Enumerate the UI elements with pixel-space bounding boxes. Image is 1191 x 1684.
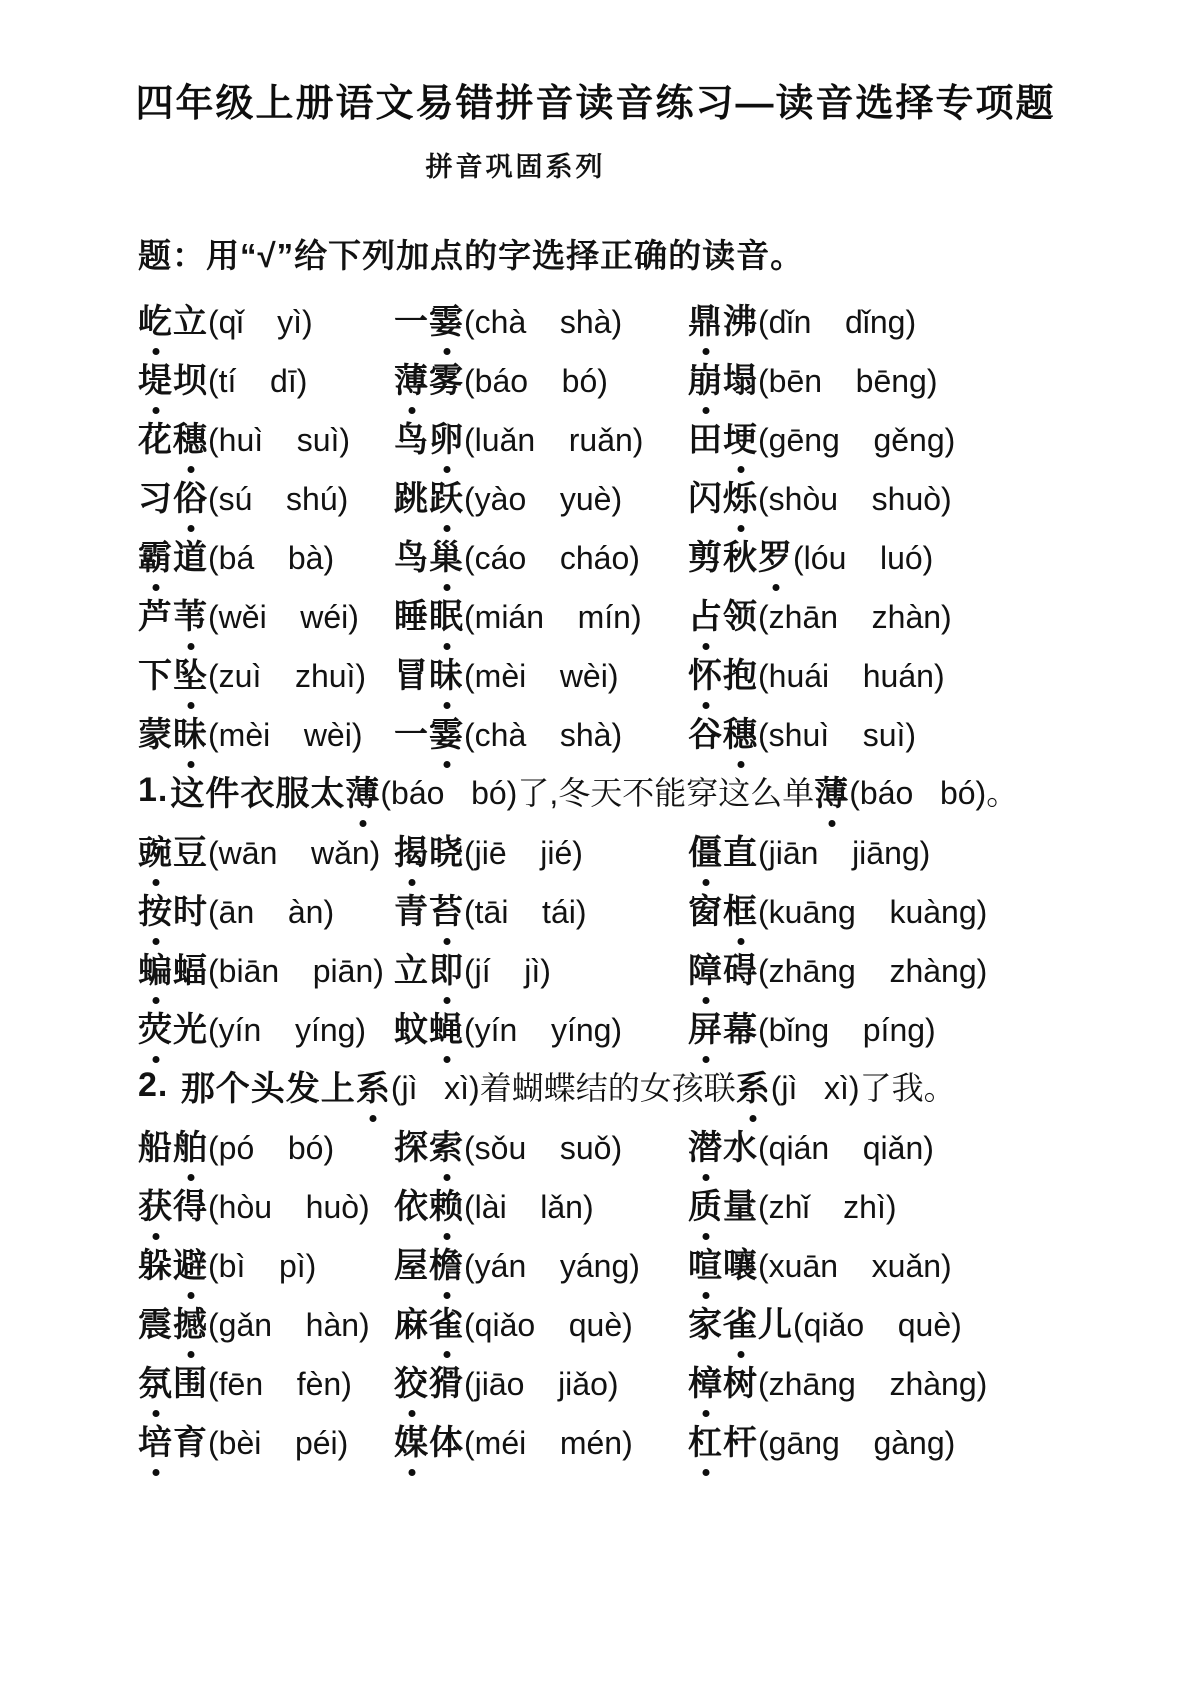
dotted-char: 狡 xyxy=(394,1356,429,1405)
word-item: 薄雾(báobó) xyxy=(394,353,688,402)
word-row: 堤坝(tídī)薄雾(báobó)崩塌(bēnbēng) xyxy=(0,348,1191,407)
word-row: 荧光(yínyíng)蚊蝇(yínyíng)屏幕(bǐngpíng) xyxy=(0,997,1191,1056)
sentence-number: 1. xyxy=(138,771,168,810)
word-hanzi: 田埂 xyxy=(688,421,758,459)
pinyin-option: zhāng xyxy=(769,1366,856,1402)
pinyin-option: wèi xyxy=(304,717,352,753)
word-hanzi: 氛围 xyxy=(138,1365,208,1403)
word-item: 睡眠(miánmín) xyxy=(394,589,688,638)
word-item: 豌豆(wānwǎn) xyxy=(138,825,394,874)
pinyin-option: tāi xyxy=(475,894,509,930)
pinyin-option: biān xyxy=(219,953,280,989)
char: 闪 xyxy=(688,471,723,520)
sentence-text: (jì xì)着蝴蝶结的女孩联 xyxy=(391,1063,736,1109)
word-hanzi: 占领 xyxy=(688,598,758,636)
word-item: 按时(ānàn) xyxy=(138,884,394,933)
dotted-char: 障 xyxy=(688,943,723,992)
dotted-char: 屏 xyxy=(688,1002,723,1051)
sentence-text: 那个头发上 xyxy=(170,1061,355,1110)
dotted-char: 苇 xyxy=(173,589,208,638)
pinyin-option: wān xyxy=(219,835,278,871)
dotted-char: 俗 xyxy=(173,471,208,520)
char: 碍 xyxy=(723,943,758,992)
dotted-char: 索 xyxy=(429,1120,464,1169)
sentence-row: 2. 那个头发上系(jì xì)着蝴蝶结的女孩联系(jì xì)了我。 xyxy=(0,1056,1191,1115)
sentence-number: 2. xyxy=(138,1066,168,1105)
dotted-char: 荧 xyxy=(138,1002,173,1051)
word-item: 鸟卵(luǎnruǎn) xyxy=(394,412,688,461)
dotted-char: 系 xyxy=(356,1061,391,1110)
word-item: 蚊蝇(yínyíng) xyxy=(394,1002,688,1051)
page-subtitle: 拼音巩固系列 xyxy=(0,145,1031,184)
pinyin-option: suì xyxy=(863,717,906,753)
pinyin-option: wěi xyxy=(219,599,267,635)
pinyin-options: (yínyíng) xyxy=(464,1012,622,1048)
pinyin-option: chà xyxy=(475,304,527,340)
word-hanzi: 习俗 xyxy=(138,480,208,518)
word-hanzi: 僵直 xyxy=(688,834,758,872)
char: 豆 xyxy=(173,825,208,874)
word-hanzi: 家雀儿 xyxy=(688,1306,793,1344)
word-hanzi: 荧光 xyxy=(138,1011,208,1049)
word-row: 豌豆(wānwǎn)揭晓(jiējié)僵直(jiānjiāng) xyxy=(0,820,1191,879)
pinyin-option: tí xyxy=(219,363,237,399)
pinyin-option: mián xyxy=(475,599,544,635)
word-item: 船舶(póbó) xyxy=(138,1120,394,1169)
word-item: 剪秋罗(lóuluó) xyxy=(688,530,1191,579)
pinyin-options: (jiāojiǎo) xyxy=(464,1366,619,1402)
dotted-char: 穗 xyxy=(173,412,208,461)
char: 塌 xyxy=(723,353,758,402)
word-row: 躲避(bìpì)屋檐(yányáng)喧嚷(xuānxuǎn) xyxy=(0,1233,1191,1292)
pinyin-option: lǎn xyxy=(540,1189,583,1225)
pinyin-options: (huáihuán) xyxy=(758,658,945,694)
pinyin-option: què xyxy=(898,1307,951,1343)
pinyin-option: luǎn xyxy=(475,422,536,458)
sentence-text: (báo bó)。 xyxy=(849,768,1018,814)
pinyin-option: fēn xyxy=(219,1366,263,1402)
dotted-char: 即 xyxy=(429,943,464,992)
sentence-row: 1.这件衣服太薄(báo bó)了,冬天不能穿这么单薄(báo bó)。 xyxy=(0,761,1191,820)
char: 猾 xyxy=(429,1356,464,1405)
pinyin-option: wèi xyxy=(560,658,608,694)
char: 坝 xyxy=(173,353,208,402)
pinyin-option: bà xyxy=(288,540,324,576)
char: 躲 xyxy=(138,1238,173,1287)
word-hanzi: 崩塌 xyxy=(688,362,758,400)
word-row: 震撼(gǎnhàn)麻雀(qiǎoquè)家雀儿(qiǎoquè) xyxy=(0,1292,1191,1351)
word-item: 揭晓(jiējié) xyxy=(394,825,688,874)
pinyin-option: mín xyxy=(578,599,631,635)
pinyin-options: (shòushuò) xyxy=(758,481,952,517)
dotted-char: 坠 xyxy=(173,648,208,697)
sentence-text: (jì xì)了我。 xyxy=(771,1063,956,1109)
pinyin-option: zhàng xyxy=(889,953,976,989)
word-hanzi: 媒体 xyxy=(394,1424,464,1462)
char: 依 xyxy=(394,1179,429,1228)
pinyin-option: yào xyxy=(475,481,527,517)
pinyin-options: (bìpì) xyxy=(208,1248,316,1284)
word-hanzi: 依赖 xyxy=(394,1188,464,1226)
pinyin-option: yán xyxy=(475,1248,527,1284)
word-hanzi: 下坠 xyxy=(138,657,208,695)
pinyin-option: suì xyxy=(297,422,340,458)
dotted-char: 获 xyxy=(138,1179,173,1228)
word-item: 荧光(yínyíng) xyxy=(138,1002,394,1051)
word-row: 蒙昧(mèiwèi)一霎(chàshà)谷穗(shuìsuì) xyxy=(0,702,1191,761)
pinyin-options: (chàshà) xyxy=(464,304,622,340)
word-item: 谷穗(shuìsuì) xyxy=(688,707,1191,756)
dotted-char: 巢 xyxy=(429,530,464,579)
pinyin-options: (kuāngkuàng) xyxy=(758,894,987,930)
dotted-char: 霎 xyxy=(429,707,464,756)
word-hanzi: 豌豆 xyxy=(138,834,208,872)
char: 雾 xyxy=(429,353,464,402)
word-row: 培育(bèipéi)媒体(méimén)杠杆(gānggàng) xyxy=(0,1410,1191,1469)
char: 鸟 xyxy=(394,412,429,461)
pinyin-option: bǐng xyxy=(769,1012,830,1048)
dotted-char: 霸 xyxy=(138,530,173,579)
word-item: 媒体(méimén) xyxy=(394,1415,688,1464)
word-row: 按时(ānàn)青苔(tāitái)窗框(kuāngkuàng) xyxy=(0,879,1191,938)
word-hanzi: 鼎沸 xyxy=(688,303,758,341)
char: 花 xyxy=(138,412,173,461)
pinyin-option: shòu xyxy=(769,481,838,517)
dotted-char: 檐 xyxy=(429,1238,464,1287)
word-hanzi: 潜水 xyxy=(688,1129,758,1167)
pinyin-options: (zhāngzhàng) xyxy=(758,1366,987,1402)
pinyin-options: (chàshà) xyxy=(464,717,622,753)
pinyin-option: wǎn xyxy=(311,835,370,871)
pinyin-option: sú xyxy=(219,481,253,517)
dotted-char: 蝙 xyxy=(138,943,173,992)
word-hanzi: 芦苇 xyxy=(138,598,208,636)
char: 蒙 xyxy=(138,707,173,756)
word-item: 蝙蝠(biānpiān) xyxy=(138,943,394,992)
dotted-char: 氛 xyxy=(138,1356,173,1405)
pinyin-options: (hòuhuò) xyxy=(208,1189,370,1225)
word-item: 杠杆(gānggàng) xyxy=(688,1415,1191,1464)
pinyin-option: huán xyxy=(863,658,934,694)
pinyin-options: (tídī) xyxy=(208,363,307,399)
word-hanzi: 立即 xyxy=(394,952,464,990)
dotted-char: 蝇 xyxy=(429,1002,464,1051)
pinyin-option: luó xyxy=(880,540,923,576)
word-item: 崩塌(bēnbēng) xyxy=(688,353,1191,402)
char: 屋 xyxy=(394,1238,429,1287)
pinyin-options: (bèipéi) xyxy=(208,1425,348,1461)
pinyin-option: lóu xyxy=(804,540,847,576)
word-item: 探索(sǒusuǒ) xyxy=(394,1120,688,1169)
pinyin-options: (lóuluó) xyxy=(793,540,933,576)
word-hanzi: 青苔 xyxy=(394,893,464,931)
pinyin-option: zuì xyxy=(219,658,262,694)
pinyin-option: tái xyxy=(542,894,576,930)
page-title: 四年级上册语文易错拼音读音练习—读音选择专项题 xyxy=(0,0,1191,127)
pinyin-options: (jiējié) xyxy=(464,835,583,871)
pinyin-options: (jíjì) xyxy=(464,953,551,989)
word-item: 鸟巢(cáocháo) xyxy=(394,530,688,579)
char: 秋 xyxy=(723,530,758,579)
char: 谷 xyxy=(688,707,723,756)
pinyin-option: gāng xyxy=(769,1425,840,1461)
char: 一 xyxy=(394,294,429,343)
char: 抱 xyxy=(723,648,758,697)
pinyin-option: kuāng xyxy=(769,894,856,930)
dotted-char: 框 xyxy=(723,884,758,933)
word-hanzi: 怀抱 xyxy=(688,657,758,695)
pinyin-options: (biānpiān) xyxy=(208,953,384,989)
dotted-char: 僵 xyxy=(688,825,723,874)
pinyin-option: bá xyxy=(219,540,255,576)
word-item: 怀抱(huáihuán) xyxy=(688,648,1191,697)
sentence-text: (báo bó)了,冬天不能穿这么单 xyxy=(380,768,814,814)
word-item: 窗框(kuāngkuàng) xyxy=(688,884,1191,933)
pinyin-option: bēn xyxy=(769,363,822,399)
dotted-char: 烁 xyxy=(723,471,758,520)
pinyin-option: zhān xyxy=(769,599,838,635)
word-item: 芦苇(wěiwéi) xyxy=(138,589,394,638)
pinyin-option: bèi xyxy=(219,1425,262,1461)
word-hanzi: 睡眠 xyxy=(394,598,464,636)
pinyin-options: (bēnbēng) xyxy=(758,363,937,399)
word-hanzi: 障碍 xyxy=(688,952,758,990)
pinyin-option: jiāng xyxy=(852,835,920,871)
pinyin-option: péi xyxy=(295,1425,338,1461)
word-hanzi: 屋檐 xyxy=(394,1247,464,1285)
pinyin-options: (gǎnhàn) xyxy=(208,1307,370,1343)
pinyin-option: zhàn xyxy=(872,599,941,635)
pinyin-options: (yínyíng) xyxy=(208,1012,366,1048)
word-hanzi: 堤坝 xyxy=(138,362,208,400)
word-item: 樟树(zhāngzhàng) xyxy=(688,1356,1191,1405)
char: 得 xyxy=(173,1179,208,1228)
dotted-char: 喧 xyxy=(688,1238,723,1287)
word-row: 下坠(zuìzhuì)冒昧(mèiwèi)怀抱(huáihuán) xyxy=(0,643,1191,702)
pinyin-option: xuǎn xyxy=(872,1248,941,1284)
word-item: 麻雀(qiǎoquè) xyxy=(394,1297,688,1346)
word-hanzi: 窗框 xyxy=(688,893,758,931)
pinyin-option: zhàng xyxy=(889,1366,976,1402)
dotted-char: 舶 xyxy=(173,1120,208,1169)
pinyin-option: jié xyxy=(540,835,572,871)
pinyin-option: zhǐ xyxy=(769,1189,810,1225)
char: 冒 xyxy=(394,648,429,697)
pinyin-option: qiǎo xyxy=(475,1307,536,1343)
char: 一 xyxy=(394,707,429,756)
pinyin-option: huò xyxy=(306,1189,359,1225)
pinyin-option: zhì xyxy=(843,1189,886,1225)
pinyin-option: qǐ xyxy=(219,304,244,340)
dotted-char: 薄 xyxy=(394,353,429,402)
char: 田 xyxy=(688,412,723,461)
pinyin-option: què xyxy=(569,1307,622,1343)
word-row: 获得(hòuhuò)依赖(làilǎn)质量(zhǐzhì) xyxy=(0,1174,1191,1233)
pinyin-options: (zuìzhuì) xyxy=(208,658,366,694)
dotted-char: 昧 xyxy=(429,648,464,697)
pinyin-option: shuì xyxy=(769,717,829,753)
pinyin-options: (miánmín) xyxy=(464,599,642,635)
char: 习 xyxy=(138,471,173,520)
pinyin-options: (qǐyì) xyxy=(208,304,313,340)
char: 探 xyxy=(394,1120,429,1169)
dotted-char: 质 xyxy=(688,1179,723,1228)
word-item: 蒙昧(mèiwèi) xyxy=(138,707,394,756)
word-item: 获得(hòuhuò) xyxy=(138,1179,394,1228)
pinyin-options: (qiǎoquè) xyxy=(464,1307,633,1343)
word-row: 氛围(fēnfèn)狡猾(jiāojiǎo)樟树(zhāngzhàng) xyxy=(0,1351,1191,1410)
pinyin-option: mèi xyxy=(219,717,271,753)
char: 立 xyxy=(394,943,429,992)
pinyin-option: báo xyxy=(475,363,528,399)
pinyin-options: (báobó) xyxy=(464,363,608,399)
char: 麻 xyxy=(394,1297,429,1346)
dotted-char: 避 xyxy=(173,1238,208,1287)
dotted-char: 樟 xyxy=(688,1356,723,1405)
pinyin-options: (làilǎn) xyxy=(464,1189,594,1225)
char: 树 xyxy=(723,1356,758,1405)
dotted-char: 占 xyxy=(688,589,723,638)
pinyin-option: gàng xyxy=(873,1425,944,1461)
pinyin-option: kuàng xyxy=(889,894,976,930)
pinyin-option: gǎn xyxy=(219,1307,272,1343)
pinyin-option: suǒ xyxy=(560,1130,612,1166)
word-item: 僵直(jiānjiāng) xyxy=(688,825,1191,874)
pinyin-option: àn xyxy=(288,894,324,930)
pinyin-options: (huìsuì) xyxy=(208,422,350,458)
word-hanzi: 花穗 xyxy=(138,421,208,459)
word-hanzi: 屹立 xyxy=(138,303,208,341)
word-hanzi: 杠杆 xyxy=(688,1424,758,1462)
word-hanzi: 樟树 xyxy=(688,1365,758,1403)
char: 家 xyxy=(688,1297,723,1346)
dotted-char: 豌 xyxy=(138,825,173,874)
pinyin-option: shà xyxy=(560,717,612,753)
word-item: 氛围(fēnfèn) xyxy=(138,1356,394,1405)
dotted-char: 跃 xyxy=(429,471,464,520)
word-item: 屹立(qǐyì) xyxy=(138,294,394,343)
char: 沸 xyxy=(723,294,758,343)
word-hanzi: 冒昧 xyxy=(394,657,464,695)
pinyin-option: yíng xyxy=(295,1012,355,1048)
dotted-char: 崩 xyxy=(688,353,723,402)
pinyin-options: (súshú) xyxy=(208,481,348,517)
pinyin-option: bì xyxy=(219,1248,246,1284)
char: 时 xyxy=(173,884,208,933)
dotted-char: 昧 xyxy=(173,707,208,756)
pinyin-option: zhāng xyxy=(769,953,856,989)
pinyin-option: hòu xyxy=(219,1189,272,1225)
pinyin-options: (jiānjiāng) xyxy=(758,835,930,871)
pinyin-options: (shuìsuì) xyxy=(758,717,916,753)
word-hanzi: 跳跃 xyxy=(394,480,464,518)
pinyin-option: bēng xyxy=(856,363,927,399)
word-hanzi: 蚊蝇 xyxy=(394,1011,464,1049)
pinyin-options: (gānggàng) xyxy=(758,1425,955,1461)
pinyin-options: (zhānzhàn) xyxy=(758,599,952,635)
dotted-char: 卵 xyxy=(429,412,464,461)
pinyin-option: chà xyxy=(475,717,527,753)
word-hanzi: 谷穗 xyxy=(688,716,758,754)
char: 窗 xyxy=(688,884,723,933)
pinyin-option: ān xyxy=(219,894,255,930)
word-item: 质量(zhǐzhì) xyxy=(688,1179,1191,1228)
pinyin-option: huái xyxy=(769,658,830,694)
word-row: 花穗(huìsuì)鸟卵(luǎnruǎn)田埂(gēnggěng) xyxy=(0,407,1191,466)
dotted-char: 眠 xyxy=(429,589,464,638)
pinyin-options: (qiǎoquè) xyxy=(793,1307,962,1343)
pinyin-options: (fēnfèn) xyxy=(208,1366,352,1402)
dotted-char: 按 xyxy=(138,884,173,933)
pinyin-options: (xuānxuǎn) xyxy=(758,1248,952,1284)
pinyin-option: yì xyxy=(277,304,302,340)
pinyin-option: pó xyxy=(219,1130,255,1166)
pinyin-options: (bábà) xyxy=(208,540,334,576)
pinyin-options: (póbó) xyxy=(208,1130,334,1166)
char: 光 xyxy=(173,1002,208,1051)
char: 船 xyxy=(138,1120,173,1169)
word-hanzi: 躲避 xyxy=(138,1247,208,1285)
word-item: 躲避(bìpì) xyxy=(138,1238,394,1287)
pinyin-options: (méimén) xyxy=(464,1425,633,1461)
dotted-char: 罗 xyxy=(758,530,793,579)
word-item: 占领(zhānzhàn) xyxy=(688,589,1191,638)
word-hanzi: 霸道 xyxy=(138,539,208,577)
pinyin-option: yín xyxy=(219,1012,262,1048)
dotted-char: 撼 xyxy=(173,1297,208,1346)
pinyin-option: huì xyxy=(219,422,263,458)
dotted-char: 媒 xyxy=(394,1415,429,1464)
word-item: 依赖(làilǎn) xyxy=(394,1179,688,1228)
char: 蝠 xyxy=(173,943,208,992)
pinyin-options: (zhǐzhì) xyxy=(758,1189,897,1225)
pinyin-option: píng xyxy=(863,1012,925,1048)
word-row: 屹立(qǐyì)一霎(chàshà)鼎沸(dǐndǐng) xyxy=(0,289,1191,348)
word-item: 霸道(bábà) xyxy=(138,530,394,579)
char: 鸟 xyxy=(394,530,429,579)
pinyin-option: yuè xyxy=(560,481,612,517)
dotted-char: 苔 xyxy=(429,884,464,933)
pinyin-option: yíng xyxy=(551,1012,611,1048)
char: 杆 xyxy=(723,1415,758,1464)
pinyin-options: (bǐngpíng) xyxy=(758,1012,936,1048)
dotted-char: 穗 xyxy=(723,707,758,756)
word-hanzi: 一霎 xyxy=(394,303,464,341)
word-hanzi: 蒙昧 xyxy=(138,716,208,754)
pinyin-option: fèn xyxy=(297,1366,341,1402)
pinyin-option: jì xyxy=(524,953,540,989)
pinyin-option: ruǎn xyxy=(569,422,633,458)
dotted-char: 赖 xyxy=(429,1179,464,1228)
word-hanzi: 揭晓 xyxy=(394,834,464,872)
pinyin-option: cháo xyxy=(560,540,629,576)
char: 跳 xyxy=(394,471,429,520)
word-item: 花穗(huìsuì) xyxy=(138,412,394,461)
word-item: 下坠(zuìzhuì) xyxy=(138,648,394,697)
pinyin-options: (ānàn) xyxy=(208,894,334,930)
pinyin-option: sǒu xyxy=(475,1130,527,1166)
pinyin-option: piān xyxy=(313,953,374,989)
pinyin-option: dǐn xyxy=(769,304,812,340)
pinyin-options: (mèiwèi) xyxy=(208,717,362,753)
word-item: 跳跃(yàoyuè) xyxy=(394,471,688,520)
pinyin-option: jí xyxy=(475,953,491,989)
dotted-char: 鼎 xyxy=(688,294,723,343)
char: 青 xyxy=(394,884,429,933)
exercise-list: 屹立(qǐyì)一霎(chàshà)鼎沸(dǐndǐng)堤坝(tídī)薄雾(… xyxy=(0,289,1191,1469)
pinyin-option: xuān xyxy=(769,1248,838,1284)
word-hanzi: 闪烁 xyxy=(688,480,758,518)
